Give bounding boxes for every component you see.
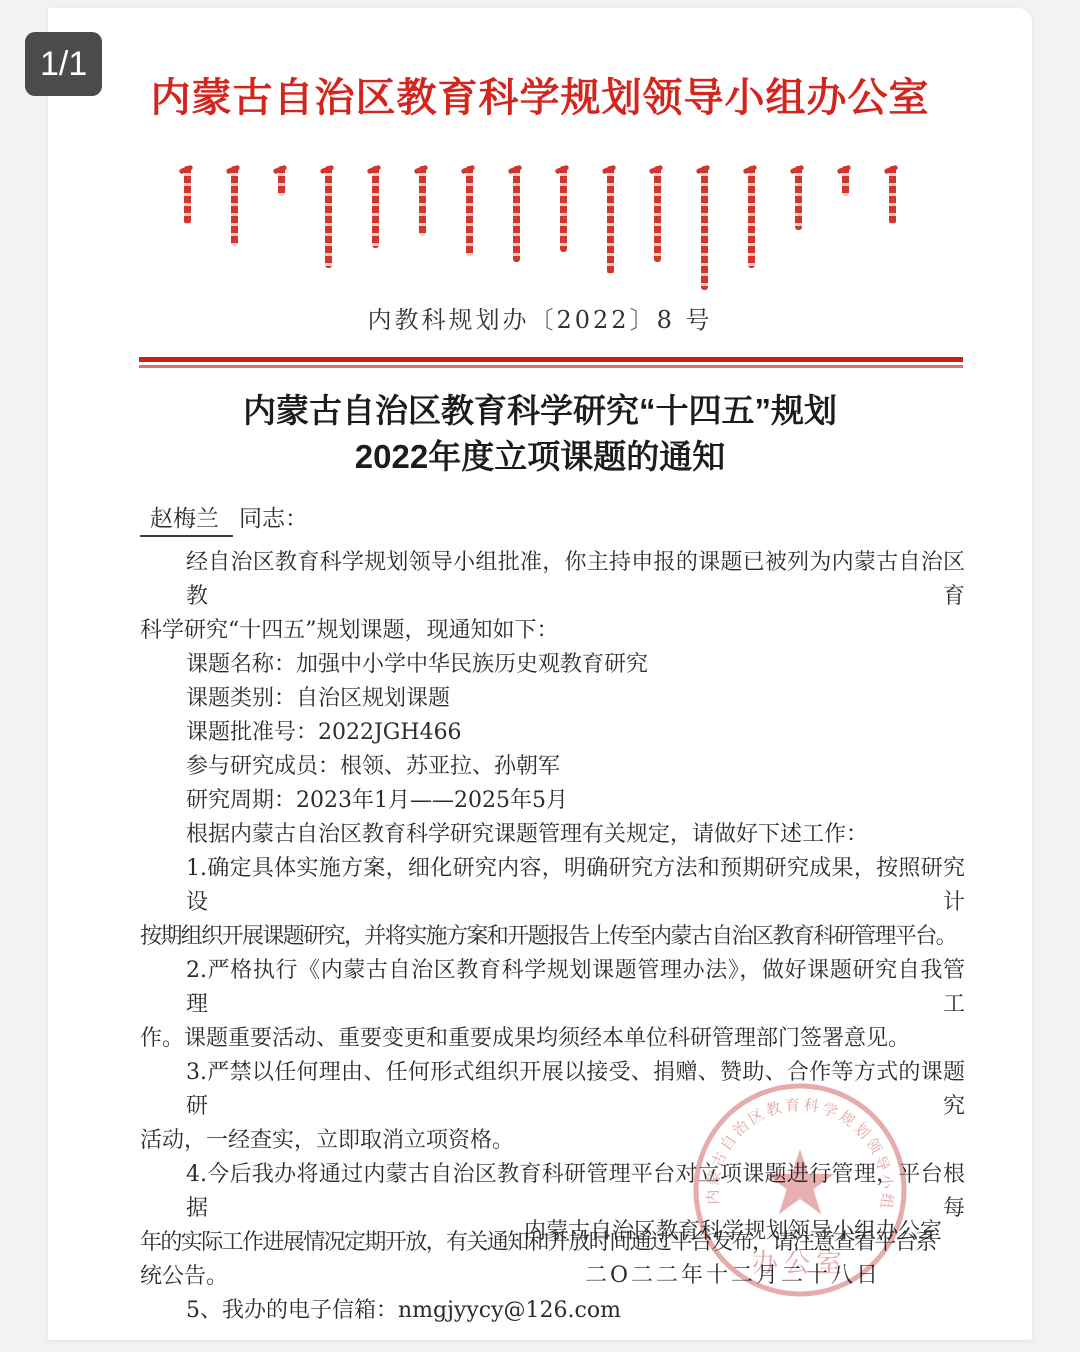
mongolian-word-column	[842, 166, 849, 196]
document-text-line: 按期组织开展课题研究，并将实施方案和开题报告上传至内蒙古自治区教育科研管理平台。	[140, 920, 965, 954]
mongolian-word-column	[419, 166, 426, 236]
notice-title-line2: 2022年度立项课题的通知	[48, 434, 1032, 480]
mongolian-word-column	[325, 166, 332, 268]
document-text-line: 课题名称：加强中小学中华民族历史观教育研究	[140, 648, 965, 682]
document-text-line: 经自治区教育科学规划领导小组批准，你主持申报的课题已被列为内蒙古自治区教育	[140, 546, 965, 614]
seal-office-text: 办公室	[752, 1249, 848, 1279]
document-text-line: 参与研究成员：根领、苏亚拉、孙朝军	[140, 750, 965, 784]
letterhead-divider	[139, 357, 963, 368]
mongolian-word-column	[372, 166, 379, 248]
mongolian-script-decoration	[48, 166, 1032, 296]
notice-title: 内蒙古自治区教育科学研究“十四五”规划 2022年度立项课题的通知	[48, 388, 1032, 480]
mongolian-word-column	[795, 166, 802, 230]
document-text-line: 作。课题重要活动、重要变更和重要成果均须经本单位科研管理部门签署意见。	[140, 1022, 965, 1056]
document-text-line: 课题批准号：2022JGH466	[140, 716, 965, 750]
official-seal: 内蒙古自治区教育科学规划领导小组办公室 办公室	[690, 1080, 910, 1300]
mongolian-word-column	[748, 166, 755, 268]
seal-star-icon	[766, 1149, 834, 1214]
recipient-name: 赵梅兰	[140, 506, 233, 537]
mongolian-word-column	[701, 166, 708, 290]
mongolian-word-column	[184, 166, 191, 224]
document-page: 内蒙古自治区教育科学规划领导小组办公室 内教科规划办〔2022〕8 号 内蒙古自…	[48, 8, 1032, 1340]
document-text-line: 课题类别：自治区规划课题	[140, 682, 965, 716]
mongolian-word-column	[466, 166, 473, 256]
notice-title-line1: 内蒙古自治区教育科学研究“十四五”规划	[48, 388, 1032, 434]
document-number: 内教科规划办〔2022〕8 号	[48, 300, 1032, 335]
letterhead-divider-thick-line	[139, 357, 963, 362]
document-text-line: 根据内蒙古自治区教育科学研究课题管理有关规定，请做好下述工作：	[140, 818, 965, 852]
document-text-line: 1.确定具体实施方案，细化研究内容，明确研究方法和预期研究成果，按照研究设计	[140, 852, 965, 920]
letterhead-org-title: 内蒙古自治区教育科学规划领导小组办公室	[48, 66, 1032, 123]
mongolian-word-column	[607, 166, 614, 274]
letterhead-divider-thin-line	[139, 365, 963, 368]
page-indicator-badge: 1/1	[25, 32, 102, 96]
document-text-line: 研究周期：2023年1月——2025年5月	[140, 784, 965, 818]
mongolian-word-column	[231, 166, 238, 246]
document-text-line: 2.严格执行《内蒙古自治区教育科学规划课题管理办法》，做好课题研究自我管理工	[140, 954, 965, 1022]
mongolian-word-column	[889, 166, 896, 224]
salutation: 赵梅兰同志：	[140, 500, 308, 533]
mongolian-word-column	[560, 166, 567, 252]
viewer-background: { "colors": { "header_red": "#d3251d", "…	[0, 0, 1080, 1352]
mongolian-word-column	[654, 166, 661, 262]
mongolian-word-column	[513, 166, 520, 262]
salutation-suffix: 同志：	[239, 506, 308, 532]
mongolian-word-column	[278, 166, 285, 196]
document-text-line: 科学研究“十四五”规划课题，现通知如下：	[140, 614, 965, 648]
